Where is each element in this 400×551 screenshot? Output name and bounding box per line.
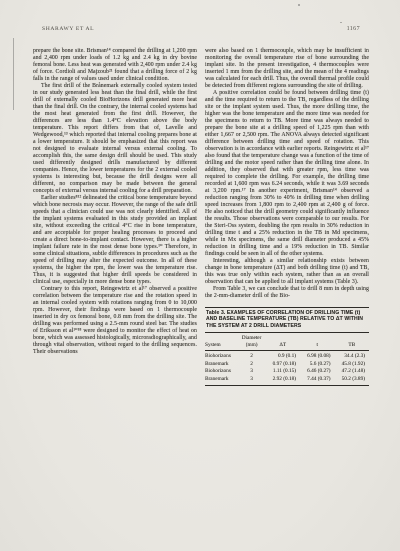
cell-delta-t: 0.9 (0.1) [266, 350, 300, 360]
cell-diameter: 3 [238, 368, 266, 376]
cell-system: Biohorizons [205, 350, 238, 360]
cell-delta-t: 2.92 (0.18) [266, 376, 300, 386]
column-header-diameter: Diameter (mm) [238, 333, 266, 351]
running-head-authors: SHARAWY ET AL [42, 26, 94, 32]
table-3: Table 3. EXAMPLES OF CORRELATION OF DRIL… [205, 307, 369, 386]
cell-delta-t: 1.11 (0.15) [266, 368, 300, 376]
body-paragraph: From Table 3, we can conclude that to dr… [205, 286, 369, 300]
column-header-tb: TB [335, 333, 369, 351]
cell-tb: 50.2 (3.89) [335, 376, 369, 386]
cell-t: 5.6 (0.27) [300, 360, 334, 368]
body-paragraph: Earlier studies⁸¹² delineated the critic… [33, 195, 197, 286]
cell-system: Branemark [205, 376, 238, 386]
body-paragraph: Interesting, although a similar relation… [205, 258, 369, 286]
table-3-grid: System Diameter (mm) ΔT t TB Biohorizons… [205, 333, 369, 386]
cell-t: 6.98 (0.08) [300, 350, 334, 360]
cell-t: 7.44 (0.37) [300, 376, 334, 386]
cell-system: Branemark [205, 360, 238, 368]
scan-artifact-line [13, 38, 14, 110]
table-row: Branemark 3 2.92 (0.18) 7.44 (0.37) 50.2… [205, 376, 369, 386]
left-column: prepare the bone site. Brisman¹⁴ compare… [33, 48, 197, 386]
scan-speck [340, 22, 342, 23]
cell-diameter: 2 [238, 360, 266, 368]
cell-delta-t: 0.97 (0.18) [266, 360, 300, 368]
table-3-title: Table 3. EXAMPLES OF CORRELATION OF DRIL… [205, 308, 369, 333]
cell-system: Biohorizons [205, 368, 238, 376]
right-column: were also based on 1 thermocouple, which… [205, 48, 369, 386]
body-paragraph: Contrary to this report, Reingewirtz et … [33, 286, 197, 356]
column-header-t: t [300, 333, 334, 351]
table-row: Biohorizons 2 0.9 (0.1) 6.98 (0.08) 34.4… [205, 350, 369, 360]
table-row: Branemark 2 0.97 (0.18) 5.6 (0.27) 45.8 … [205, 360, 369, 368]
scan-speck [298, 4, 300, 6]
page-number: 1167 [347, 26, 360, 32]
column-header-delta-t: ΔT [266, 333, 300, 351]
body-paragraph: were also based on 1 thermocouple, which… [205, 48, 369, 90]
cell-tb: 45.8 (1.92) [335, 360, 369, 368]
table-header-row: System Diameter (mm) ΔT t TB [205, 333, 369, 351]
journal-page: SHARAWY ET AL 1167 prepare the bone site… [0, 0, 400, 551]
cell-tb: 34.4 (2.3) [335, 350, 369, 360]
table-row: Biohorizons 3 1.11 (0.15) 6.46 (0.27) 47… [205, 368, 369, 376]
cell-diameter: 2 [238, 350, 266, 360]
running-head: SHARAWY ET AL 1167 [42, 26, 360, 32]
cell-diameter: 3 [238, 376, 266, 386]
body-paragraph: prepare the bone site. Brisman¹⁴ compare… [33, 48, 197, 83]
cell-tb: 47.2 (1.48) [335, 368, 369, 376]
column-header-system: System [205, 333, 238, 351]
body-paragraph: The first drill of the Brånemark externa… [33, 83, 197, 195]
two-column-body: prepare the bone site. Brisman¹⁴ compare… [33, 48, 369, 386]
body-paragraph: A positive correlation could be found be… [205, 90, 369, 258]
cell-t: 6.46 (0.27) [300, 368, 334, 376]
